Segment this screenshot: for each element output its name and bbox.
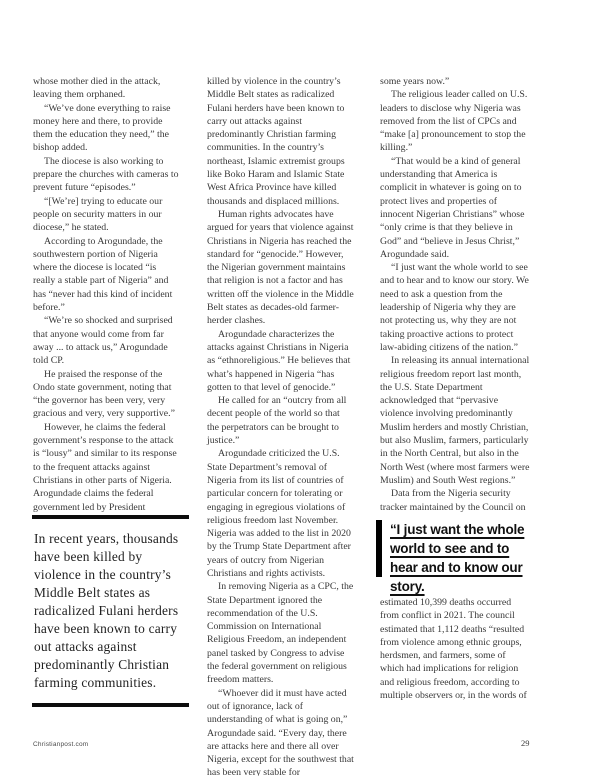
- article-paragraph: However, he claims the federal governmen…: [33, 421, 179, 515]
- highlight-quote-text: “I just want the whole world to see and …: [390, 520, 530, 596]
- article-paragraph: Human rights advocates have argued for y…: [207, 208, 354, 328]
- article-paragraph: In releasing its annual international re…: [380, 354, 530, 487]
- article-paragraph: He called for an “outcry from all decent…: [207, 394, 354, 447]
- article-paragraph: The religious leader called on U.S. lead…: [380, 88, 530, 154]
- highlight-quote-block: “I just want the whole world to see and …: [376, 520, 530, 596]
- article-paragraph: He praised the response of the Ondo stat…: [33, 368, 179, 421]
- magazine-page: whose mother died in the attack, leaving…: [0, 0, 600, 776]
- article-paragraph: whose mother died in the attack, leaving…: [33, 75, 179, 102]
- article-paragraph: Arogundade characterizes the attacks aga…: [207, 328, 354, 394]
- article-paragraph: killed by violence in the country’s Midd…: [207, 75, 354, 208]
- article-paragraph: “Whoever did it must have acted out of i…: [207, 687, 354, 776]
- article-paragraph: estimated 10,399 deaths occurred from co…: [380, 596, 530, 702]
- article-paragraph: Arogundade criticized the U.S. State Dep…: [207, 447, 354, 580]
- article-paragraph: According to Arogundade, the southwester…: [33, 235, 179, 315]
- article-paragraph: The diocese is also working to prepare t…: [33, 155, 179, 195]
- article-paragraph: “We’ve done everything to raise money he…: [33, 102, 179, 155]
- article-paragraph: “We’re so shocked and surprised that any…: [33, 314, 179, 367]
- article-column-1: whose mother died in the attack, leaving…: [33, 75, 179, 707]
- article-paragraph: Data from the Nigeria security tracker m…: [380, 487, 530, 515]
- column-3-text-block: some years now.” The religious leader ca…: [380, 75, 530, 515]
- article-paragraph: some years now.”: [380, 75, 530, 88]
- article-paragraph: “That would be a kind of general underst…: [380, 155, 530, 261]
- column-1-text-block: whose mother died in the attack, leaving…: [33, 75, 179, 515]
- article-paragraph: “I just want the whole world to see and …: [380, 261, 530, 354]
- page-number: 29: [521, 738, 530, 748]
- footer-site-name: Christianpost.com: [33, 741, 88, 748]
- pull-quote-text: In recent years, thousands have been kil…: [34, 530, 189, 692]
- article-paragraph: In removing Nigeria as a CPC, the State …: [207, 580, 354, 686]
- article-column-3: some years now.” The religious leader ca…: [380, 75, 530, 702]
- article-column-2: killed by violence in the country’s Midd…: [207, 75, 354, 776]
- pull-quote-block: In recent years, thousands have been kil…: [32, 515, 189, 707]
- quote-accent-bar: [376, 520, 382, 577]
- article-paragraph: “[We’re] trying to educate our people on…: [33, 195, 179, 235]
